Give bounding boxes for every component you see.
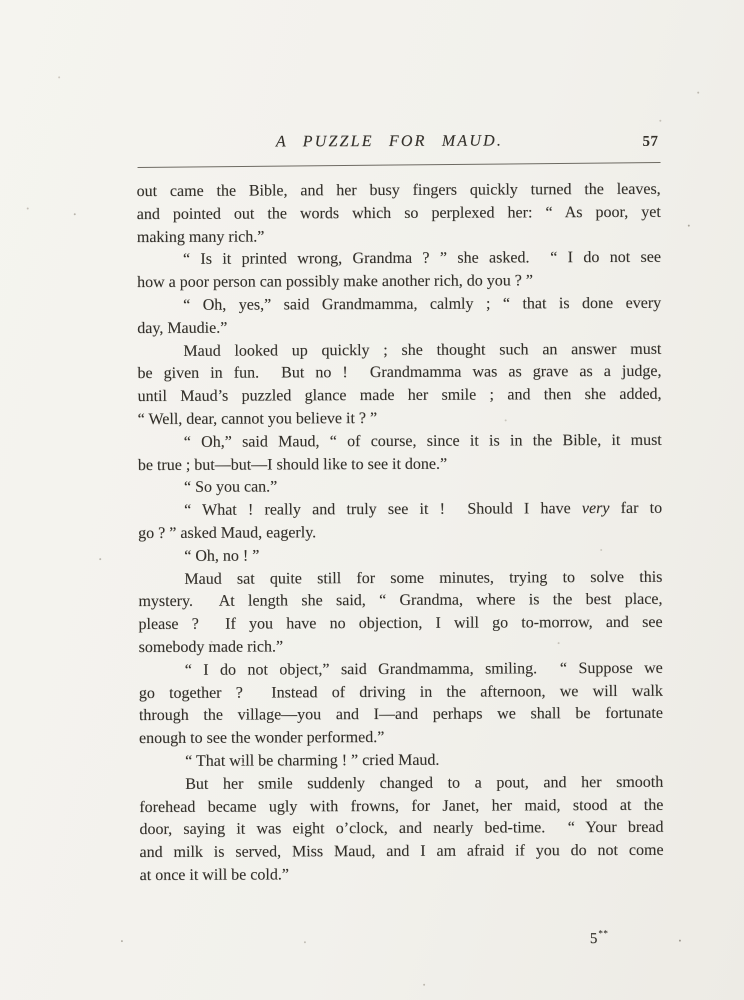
text-line: “ What ! really and truly see it ! Shoul…	[138, 498, 662, 523]
text-line: be true ; but—but—I should like to see i…	[138, 452, 662, 477]
text-line: go together ? Instead of driving in the …	[139, 680, 663, 705]
paragraph: “ I do not object,” said Grandmamma, smi…	[139, 657, 663, 750]
text-line: somebody made rich.”	[139, 635, 663, 660]
text-line: “ Oh, yes,” said Grandmamma, calmly ; “ …	[137, 293, 661, 318]
text-line: Maud looked up quickly ; she thought suc…	[137, 338, 661, 363]
text-line: door, saying it was eight o’clock, and n…	[139, 817, 663, 842]
text-line: through the village—you and I—and perhap…	[139, 703, 663, 728]
text-line: But her smile suddenly changed to a pout…	[139, 771, 663, 796]
paragraph: Maud sat quite still for some minutes, t…	[138, 566, 662, 659]
text-line: at once it will be cold.”	[140, 863, 664, 888]
text-line: forehead became ugly with frowns, for Ja…	[139, 794, 663, 819]
text-line: “ Oh, no ! ”	[138, 543, 662, 568]
running-header: A PUZZLE FOR MAUD. 57	[136, 129, 660, 155]
text-line: please ? If you have no objection, I wil…	[138, 612, 662, 637]
text-line: until Maud’s puzzled glance made her smi…	[138, 384, 662, 409]
text-line: Maud sat quite still for some minutes, t…	[138, 566, 662, 591]
header-rule	[138, 162, 661, 168]
paragraph: “ Oh, yes,” said Grandmamma, calmly ; “ …	[137, 293, 661, 341]
paragraph: “ Is it printed wrong, Grandma ? ” she a…	[137, 247, 661, 295]
page-body: out came the Bible, and her busy fingers…	[137, 179, 664, 888]
text-line: mystery. At length she said, “ Grandma, …	[138, 589, 662, 614]
paragraph: “ That will be charming ! ” cried Maud.	[139, 749, 663, 774]
text-line: and milk is served, Miss Maud, and I am …	[139, 840, 663, 865]
running-header-title: A PUZZLE FOR MAUD.	[276, 132, 503, 150]
paragraph: out came the Bible, and her busy fingers…	[137, 179, 661, 250]
text-line: “ That will be charming ! ” cried Maud.	[139, 749, 663, 774]
paragraph: Maud looked up quickly ; she thought suc…	[137, 338, 661, 431]
paragraph: “ Oh,” said Maud, “ of course, since it …	[138, 430, 662, 478]
printer-signature-mark: 5**	[590, 929, 608, 948]
text-line: go ? ” asked Maud, eagerly.	[138, 521, 662, 546]
text-line: how a poor person can possibly make anot…	[137, 270, 661, 295]
text-line: and pointed out the words which so perpl…	[137, 202, 661, 227]
text-line: enough to see the wonder performed.”	[139, 726, 663, 751]
signature-number: 5	[590, 931, 598, 947]
text-line: “ Well, dear, cannot you believe it ? ”	[138, 407, 662, 432]
paragraph: “ What ! really and truly see it ! Shoul…	[138, 498, 662, 546]
paragraph: But her smile suddenly changed to a pout…	[139, 771, 663, 887]
page-number: 57	[642, 130, 658, 154]
text-line: out came the Bible, and her busy fingers…	[137, 179, 661, 204]
text-line: “ So you can.”	[138, 475, 662, 500]
text-line: day, Maudie.”	[137, 316, 661, 341]
text-line: “ Is it printed wrong, Grandma ? ” she a…	[137, 247, 661, 272]
signature-stars: **	[598, 928, 608, 938]
page: A PUZZLE FOR MAUD. 57 out came the Bible…	[0, 0, 744, 1000]
paragraph: “ So you can.”	[138, 475, 662, 500]
text-line: “ I do not object,” said Grandmamma, smi…	[139, 657, 663, 682]
text-line: making many rich.”	[137, 224, 661, 249]
text-line: “ Oh,” said Maud, “ of course, since it …	[138, 430, 662, 455]
page-content: A PUZZLE FOR MAUD. 57 out came the Bible…	[0, 0, 744, 1000]
paragraph: “ Oh, no ! ”	[138, 543, 662, 568]
scanned-book-page: { "colors": { "paper": "#f2f1ec", "ink":…	[0, 0, 744, 1000]
text-line: be given in fun. But no ! Grandmamma was…	[137, 361, 661, 386]
